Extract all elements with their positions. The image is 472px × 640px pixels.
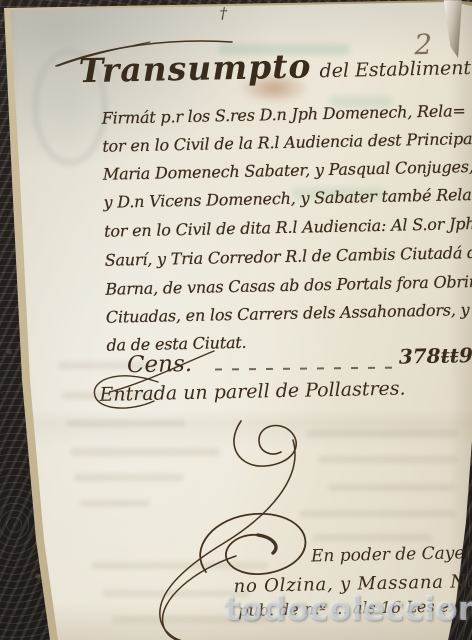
title-continuation: del Establiment: [319, 57, 471, 82]
title-word: Transumpto: [78, 46, 312, 90]
manuscript-text: † 2 Transumptodel Establiment Firmát p.r…: [0, 0, 472, 640]
manuscript-line: Firmát p.r los S.res D.n Jph Domenech, R…: [102, 101, 466, 128]
entrada-line: Entrada un parell de Pollastres.: [99, 377, 405, 405]
watermark-overlay: todocoleccion: [224, 589, 472, 628]
manuscript-line: Barna, de vnas Casas ab dos Portals fora…: [105, 272, 472, 299]
manuscript-line: Maria Domenech Sabater, y Pasqual Conjug…: [103, 157, 472, 184]
manuscript-line: tor en lo Civil de la R.l Audiencia dest…: [102, 129, 472, 156]
manuscript-line: tor en lo Civil de dita R.l Audiencia: A…: [104, 214, 472, 241]
cens-leader-dashes: [215, 367, 397, 371]
invocation-cross: †: [219, 4, 227, 22]
manuscript-line: Cituadas, en los Carrers dels Assahonado…: [106, 298, 472, 326]
cens-amount: 378ŧŧ9: [399, 343, 472, 369]
manuscript-line: Saurí, y Tria Corredor R.l de Cambis Ciu…: [105, 243, 472, 270]
cens-label: Cens.: [127, 351, 193, 378]
closing-line: En poder de Cayeta=: [311, 543, 472, 567]
photo-frame: † 2 Transumptodel Establiment Firmát p.r…: [0, 0, 472, 640]
title-line: Transumptodel Establiment: [78, 43, 471, 90]
manuscript-line: y D.n Vicens Domenech, y Sabater també R…: [103, 185, 472, 212]
